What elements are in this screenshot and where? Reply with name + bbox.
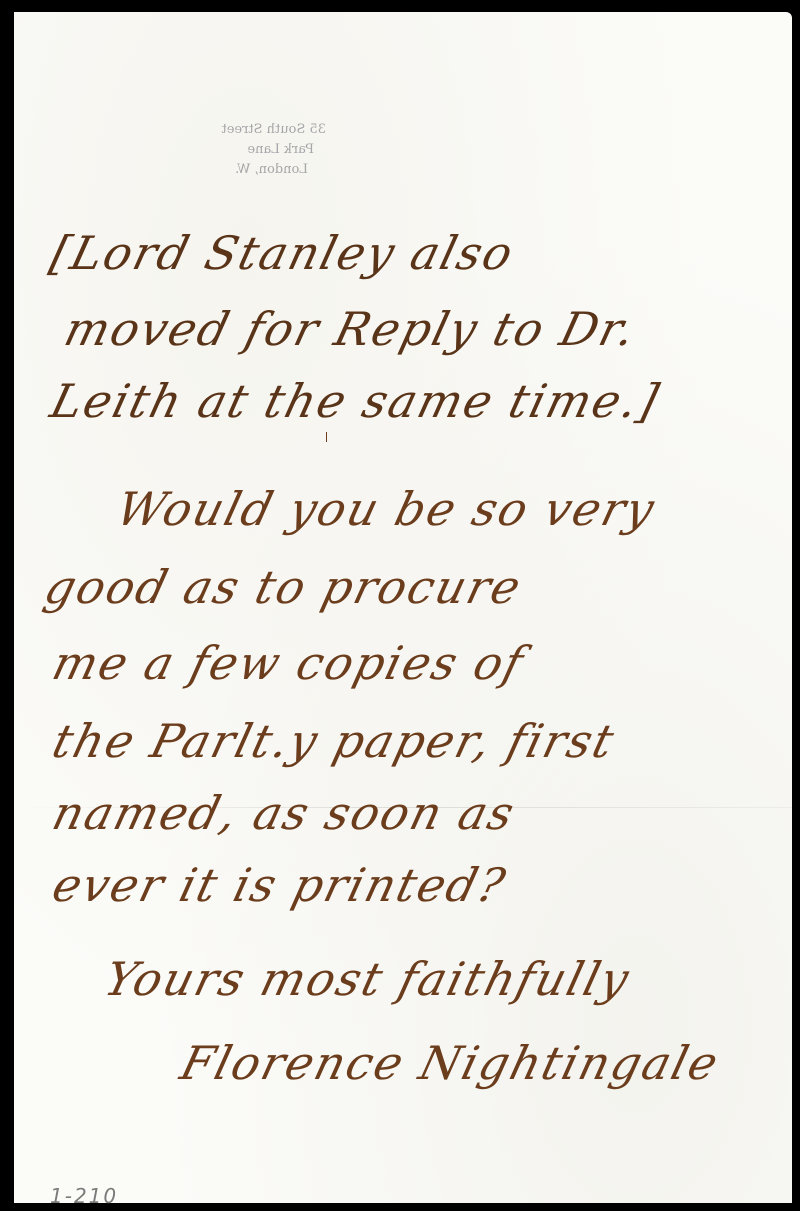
letter-line: ever it is printed? (47, 858, 512, 912)
ink-mark (326, 432, 327, 442)
letter-line: good as to procure (39, 560, 528, 614)
letter-line: [Lord Stanley also (45, 226, 520, 280)
letter-line: moved for Reply to Dr. (59, 302, 642, 356)
signature: Florence Nightingale (175, 1036, 725, 1090)
letter-sheet: 35 South Street Park Lane London, W. [Lo… (14, 12, 792, 1203)
letter-line: the Parlt.y paper, first (47, 714, 621, 768)
shelfmark-pencil: 1-210 (50, 1184, 118, 1208)
letter-body: [Lord Stanley also moved for Reply to Dr… (14, 12, 792, 1203)
closing: Yours most faithfully (99, 952, 636, 1006)
letter-line: Would you be so very (111, 482, 661, 536)
letter-line: named, as soon as (47, 786, 521, 840)
letter-line: Leith at the same time.] (45, 374, 665, 428)
letter-line: me a few copies of (47, 636, 530, 690)
